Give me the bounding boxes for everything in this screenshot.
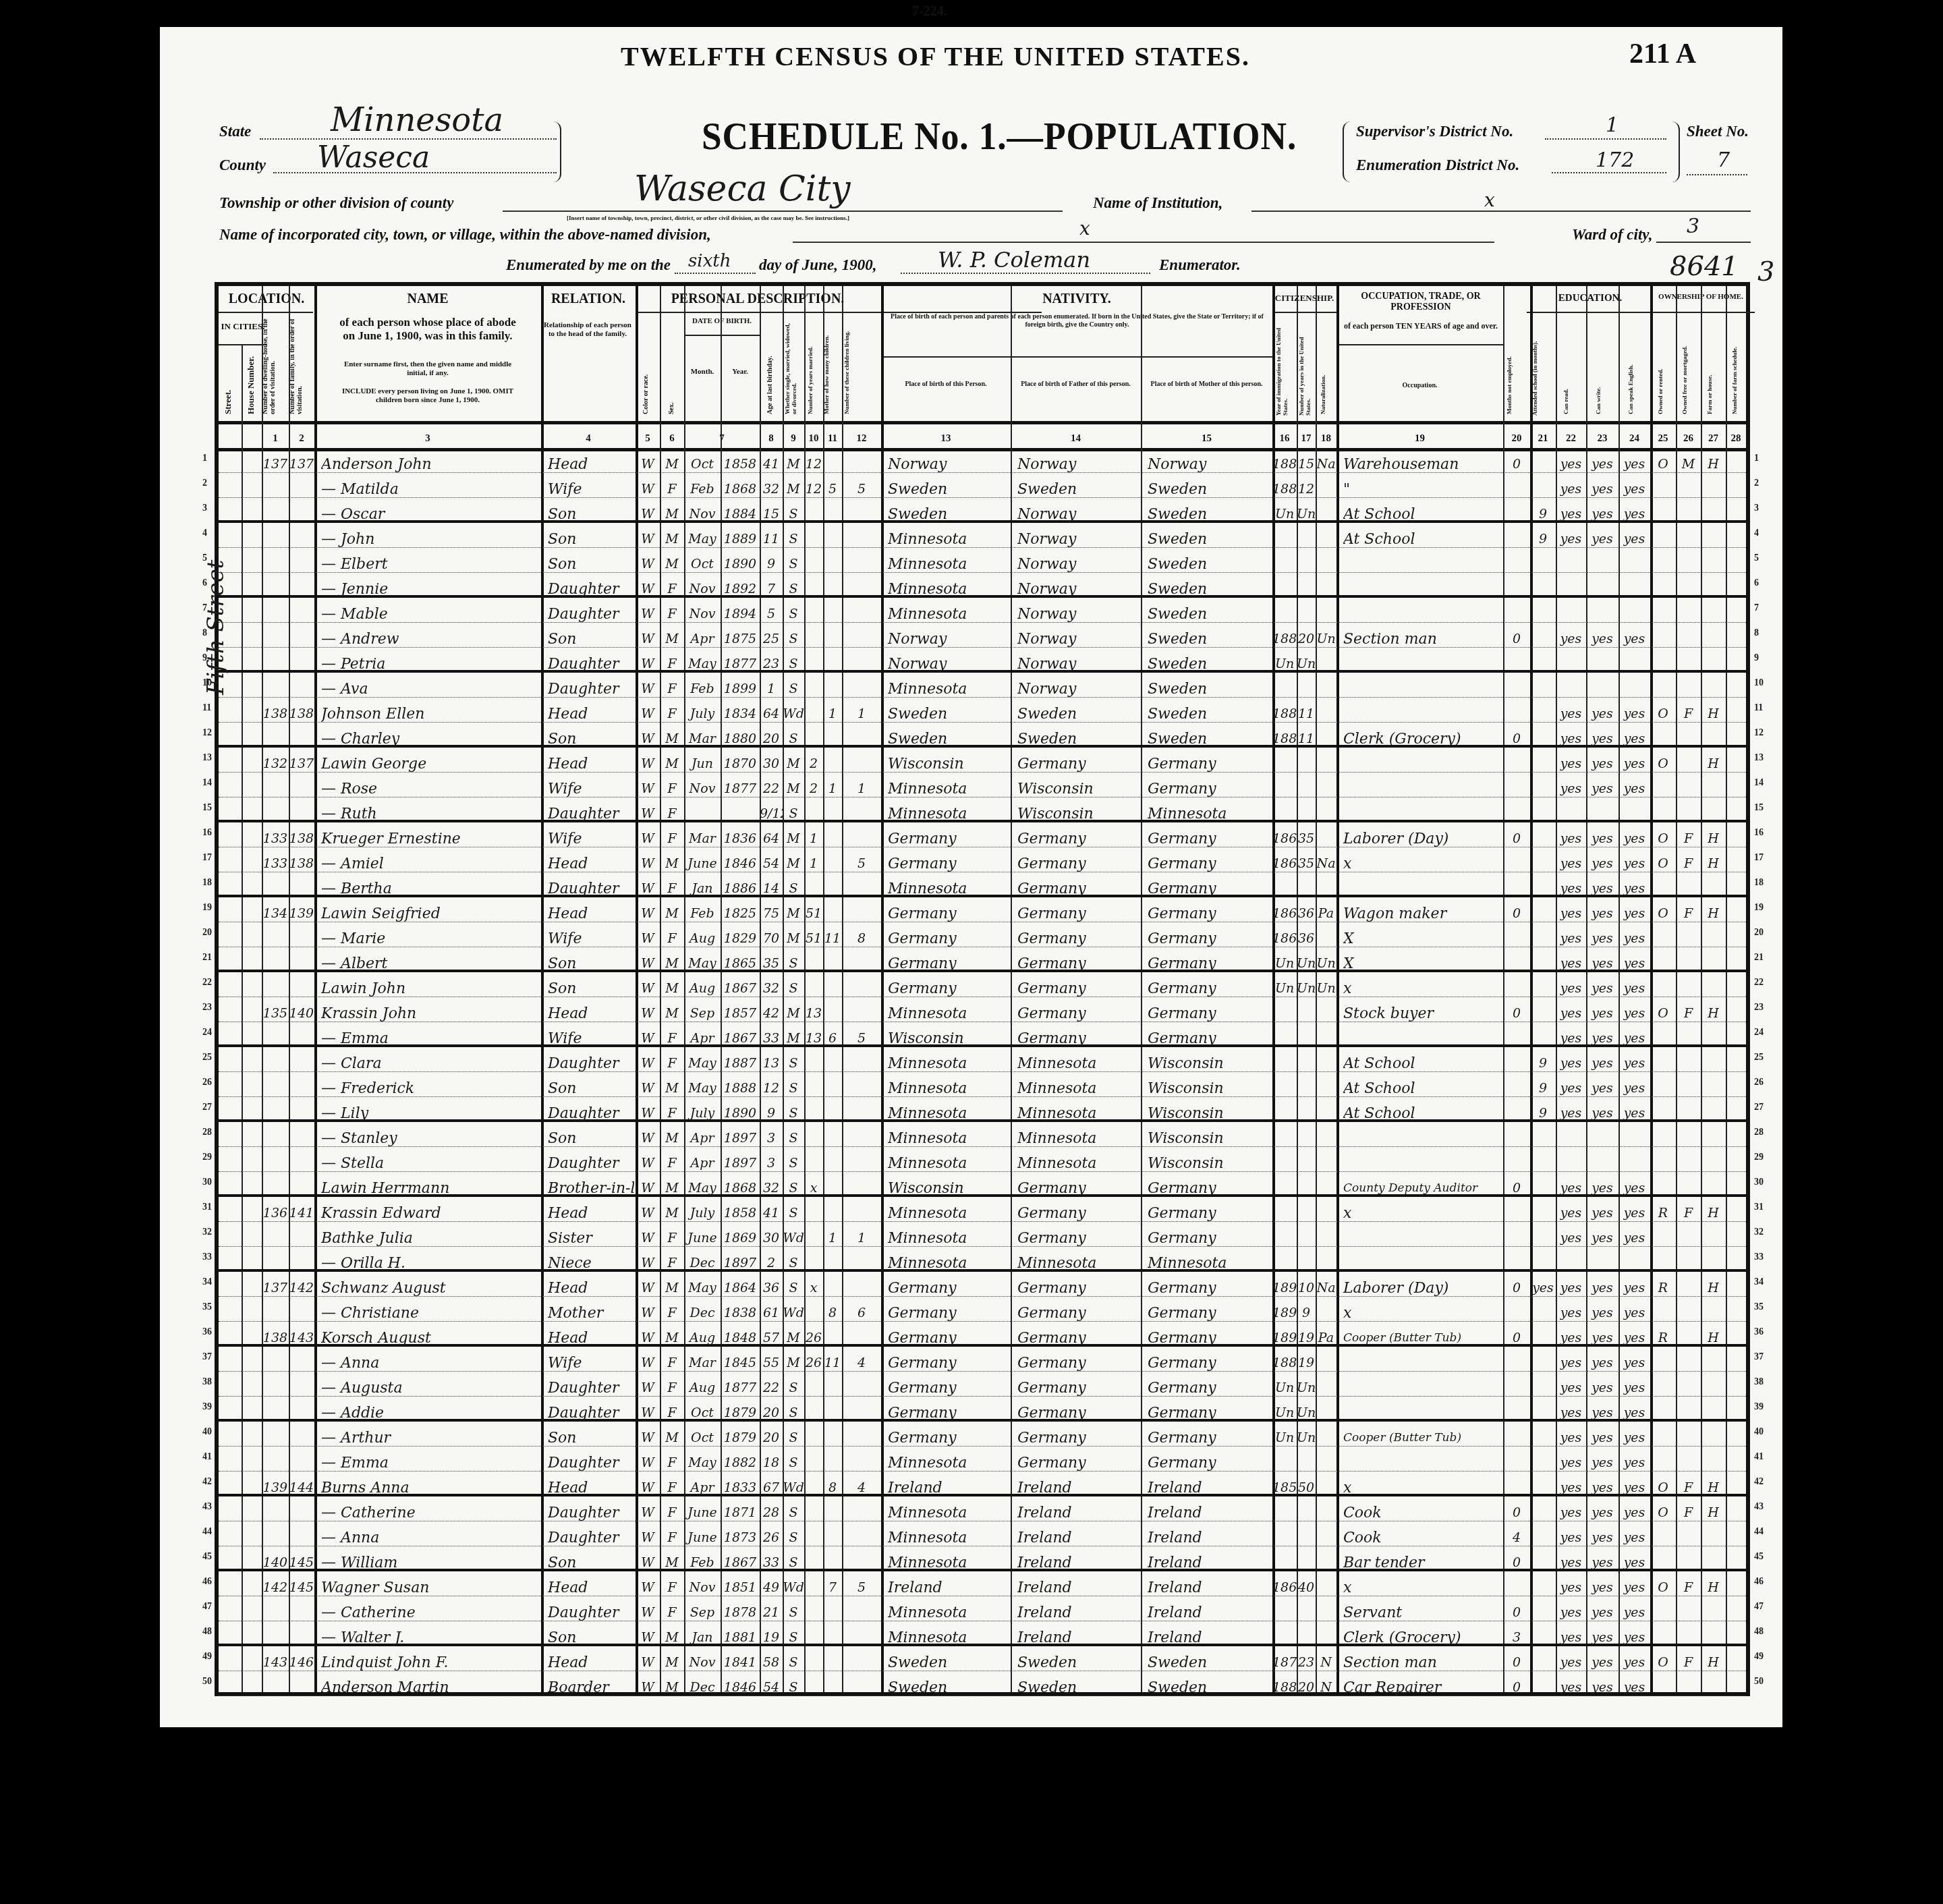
table-row: 134139Lawin SeigfriedHeadWMFeb182575M51G… (219, 900, 1746, 925)
cell-mo (823, 1627, 842, 1649)
cell-cl (842, 1077, 881, 1100)
cell-year: 1868 (721, 478, 760, 501)
cell-name: — Ava (321, 678, 540, 700)
cell-dw: 135 (262, 1003, 289, 1025)
state-label: State (219, 123, 251, 140)
cell-name: — Jennie (321, 578, 540, 600)
cell-occ: Cook (1343, 1527, 1502, 1549)
cell-rel: Daughter (548, 1502, 634, 1524)
cell-wr: yes (1586, 1402, 1618, 1424)
cell-yus (1297, 1527, 1316, 1549)
cell-fh (1701, 1102, 1726, 1125)
cell-occ: Section man (1343, 628, 1502, 650)
cell-month: Nov (684, 578, 721, 600)
line-number: 13 (202, 753, 212, 764)
cell-rd: yes (1556, 628, 1586, 650)
cell-rel: Wife (548, 1028, 634, 1050)
cell-year: 1879 (721, 1427, 760, 1449)
column-number: 24 (1618, 433, 1650, 445)
cell-bf: Wisconsin (1017, 778, 1139, 800)
cell-imm: 1891 (1272, 1302, 1297, 1324)
header-relation-desc: Relationship of each person to the head … (544, 321, 631, 339)
cell-ym (804, 628, 823, 650)
cell-age: 30 (760, 753, 783, 775)
cell-rd (1556, 1252, 1586, 1275)
cell-sex: F (660, 1377, 684, 1399)
cell-mar: Wd (783, 1477, 804, 1499)
cell-sex: F (660, 1227, 684, 1250)
cell-fh (1701, 1152, 1726, 1175)
cell-own (1650, 1302, 1676, 1324)
cell-cl (842, 653, 881, 675)
cell-name: Krassin John (321, 1003, 540, 1025)
cell-month: Apr (684, 628, 721, 650)
cell-dw (262, 803, 289, 825)
cell-en: yes (1618, 928, 1650, 950)
cell-fam (289, 478, 314, 501)
cell-mort: F (1676, 1652, 1701, 1674)
cell-bf: Norway (1017, 578, 1139, 600)
cell-rd: yes (1556, 1177, 1586, 1200)
cell-year: 1882 (721, 1452, 760, 1474)
cell-fh (1701, 503, 1726, 526)
table-row: 142145Wagner SusanHeadWFNov185149Wd75Ire… (219, 1574, 1746, 1599)
cell-unemp (1503, 653, 1530, 675)
cell-yus: 19 (1297, 1352, 1316, 1374)
cell-ym (804, 678, 823, 700)
header-year: Year. (721, 367, 760, 377)
cell-bp: Sweden (888, 1652, 1009, 1674)
cell-bf: Sweden (1017, 1677, 1139, 1699)
cell-imm: 1880 (1272, 628, 1297, 650)
cell-fh (1701, 803, 1726, 825)
cell-unemp (1503, 753, 1530, 775)
table-row: — JohnSonWMMay188911SMinnesotaNorwaySwed… (219, 526, 1746, 551)
cell-sex: F (660, 828, 684, 850)
cell-own: O (1650, 753, 1676, 775)
cell-mort (1676, 1552, 1701, 1574)
cell-nat (1316, 1352, 1336, 1374)
cell-wr: yes (1586, 1377, 1618, 1399)
cell-en (1618, 1127, 1650, 1150)
cell-fh (1701, 1552, 1726, 1574)
cell-en: yes (1618, 453, 1650, 476)
cell-fh (1701, 1127, 1726, 1150)
cell-mar: S (783, 1277, 804, 1299)
header-months-not-employed: Months not employed. (1506, 354, 1526, 414)
cell-rd (1556, 653, 1586, 675)
cell-bp: Minnesota (888, 803, 1009, 825)
cell-wr: yes (1586, 928, 1618, 950)
cell-en: yes (1618, 728, 1650, 750)
cell-ym (804, 578, 823, 600)
cell-occ: Section man (1343, 1652, 1502, 1674)
cell-imm (1272, 678, 1297, 700)
line-number: 34 (202, 1277, 212, 1288)
line-number: 23 (202, 1003, 212, 1013)
cell-name: — William (321, 1552, 540, 1574)
cell-year (721, 803, 760, 825)
cell-nat: Na (1316, 1277, 1336, 1299)
cell-bm: Ireland (1148, 1552, 1271, 1574)
cell-ym (804, 1477, 823, 1499)
cell-imm (1272, 1602, 1297, 1624)
cell-mo (823, 1202, 842, 1225)
cell-own: R (1650, 1202, 1676, 1225)
cell-rd: yes (1556, 1377, 1586, 1399)
cell-sch (1530, 1177, 1556, 1200)
cell-en: yes (1618, 903, 1650, 925)
cell-color: W (636, 653, 660, 675)
cell-mar: S (783, 1077, 804, 1100)
cell-rd: yes (1556, 1602, 1586, 1624)
cell-sch (1530, 453, 1556, 476)
table-row: Lawin JohnSonWMAug186732SGermanyGermanyG… (219, 975, 1746, 1000)
cell-name: — Catherine (321, 1502, 540, 1524)
cell-unemp: 0 (1503, 1652, 1530, 1674)
cell-fh (1701, 1227, 1726, 1250)
cell-sch (1530, 1502, 1556, 1524)
header-sex: Sex. (668, 394, 675, 414)
cell-yus (1297, 878, 1316, 900)
cell-color: W (636, 603, 660, 625)
cell-cl (842, 1277, 881, 1299)
cell-dw (262, 678, 289, 700)
line-number: 18 (202, 878, 212, 889)
cell-rd: yes (1556, 778, 1586, 800)
cell-fam (289, 1127, 314, 1150)
cell-imm: 1880 (1272, 1677, 1297, 1699)
cell-wr: yes (1586, 853, 1618, 875)
cell-rel: Daughter (548, 1102, 634, 1125)
cell-imm: 1889 (1272, 728, 1297, 750)
column-number: 25 (1650, 433, 1676, 445)
cell-mo (823, 1677, 842, 1699)
cell-sch (1530, 478, 1556, 501)
cell-yus (1297, 1127, 1316, 1150)
cell-color: W (636, 1102, 660, 1125)
cell-month: Nov (684, 1652, 721, 1674)
cell-imm: 1850 (1272, 1477, 1297, 1499)
line-number: 1 (1754, 453, 1759, 464)
cell-unemp: 0 (1503, 1502, 1530, 1524)
header-naturalization: Naturalization. (1320, 333, 1326, 414)
cell-color: W (636, 853, 660, 875)
cell-occ (1343, 1227, 1502, 1250)
cell-month: June (684, 1502, 721, 1524)
cell-mort (1676, 1527, 1701, 1549)
line-number: 9 (1754, 653, 1759, 664)
cell-unemp (1503, 1252, 1530, 1275)
header-name: NAME (314, 291, 541, 307)
township-label: Township or other division of county (219, 194, 453, 212)
cell-own (1650, 503, 1676, 526)
cell-rd: yes (1556, 703, 1586, 725)
cell-sch (1530, 553, 1556, 576)
cell-color: W (636, 1477, 660, 1499)
cell-rd (1556, 578, 1586, 600)
cell-rel: Son (548, 1627, 634, 1649)
column-number: 1 (262, 433, 289, 445)
cell-wr: yes (1586, 1427, 1618, 1449)
header-occupation-col: Occupation. (1336, 381, 1503, 391)
cell-sch (1530, 1028, 1556, 1050)
line-number: 8 (202, 628, 207, 639)
line-number: 38 (202, 1377, 212, 1388)
table-row: — ElbertSonWMOct18909SMinnesotaNorwaySwe… (219, 551, 1746, 576)
cell-yus: 36 (1297, 903, 1316, 925)
cell-dw (262, 878, 289, 900)
cell-sex: M (660, 1277, 684, 1299)
cell-dw (262, 1452, 289, 1474)
cell-year: 1836 (721, 828, 760, 850)
cell-name: Anderson Martin (321, 1677, 540, 1699)
cell-mar: S (783, 1527, 804, 1549)
cell-mort: F (1676, 1202, 1701, 1225)
cell-rd: yes (1556, 503, 1586, 526)
cell-cl (842, 503, 881, 526)
cell-own (1650, 1402, 1676, 1424)
cell-sch (1530, 753, 1556, 775)
cell-bm: Germany (1148, 1427, 1271, 1449)
cell-own: O (1650, 1652, 1676, 1674)
cell-bp: Minnesota (888, 1053, 1009, 1075)
cell-sex: F (660, 1602, 684, 1624)
cell-nat (1316, 1202, 1336, 1225)
cell-bf: Germany (1017, 1377, 1139, 1399)
table-row: 140145— WilliamSonWMFeb186733SMinnesotaI… (219, 1549, 1746, 1574)
cell-wr: yes (1586, 1028, 1618, 1050)
cell-bf: Sweden (1017, 1652, 1139, 1674)
cell-rd: yes (1556, 1577, 1586, 1599)
cell-bf: Germany (1017, 928, 1139, 950)
cell-unemp (1503, 1053, 1530, 1075)
cell-imm: 1885 (1272, 453, 1297, 476)
cell-mar: S (783, 803, 804, 825)
header-family: Number of family, in the order of visita… (289, 317, 312, 414)
line-number: 29 (202, 1152, 212, 1163)
cell-unemp (1503, 1127, 1530, 1150)
cell-sch (1530, 1152, 1556, 1175)
header-immigration-year: Year of immigration to the United States… (1275, 318, 1294, 416)
cell-wr: yes (1586, 453, 1618, 476)
cell-rel: Daughter (548, 678, 634, 700)
line-number: 44 (1754, 1527, 1764, 1538)
cell-fh (1701, 778, 1726, 800)
cell-color: W (636, 778, 660, 800)
cell-mar: M (783, 778, 804, 800)
cell-bm: Germany (1148, 953, 1271, 975)
cell-nat (1316, 1302, 1336, 1324)
cell-rel: Head (548, 753, 634, 775)
column-number: 13 (881, 433, 1011, 445)
table-row: 135140Krassin JohnHeadWMSep185742M13Minn… (219, 1000, 1746, 1025)
cell-bm: Germany (1148, 1028, 1271, 1050)
cell-yus: Un (1297, 653, 1316, 675)
cell-sch (1530, 653, 1556, 675)
line-number: 12 (1754, 728, 1764, 739)
cell-name: Bathke Julia (321, 1227, 540, 1250)
line-number: 23 (1754, 1003, 1764, 1013)
cell-en: yes (1618, 1277, 1650, 1299)
cell-sex: F (660, 1252, 684, 1275)
cell-mort (1676, 1452, 1701, 1474)
cell-fh: H (1701, 1477, 1726, 1499)
cell-fh: H (1701, 1277, 1726, 1299)
cell-wr: yes (1586, 978, 1618, 1000)
cell-own: O (1650, 453, 1676, 476)
column-number: 19 (1336, 433, 1503, 445)
cell-bp: Germany (888, 928, 1009, 950)
cell-rel: Head (548, 1277, 634, 1299)
cell-occ: x (1343, 1477, 1502, 1499)
cell-rd: yes (1556, 1227, 1586, 1250)
cell-dw (262, 1053, 289, 1075)
cell-sex: M (660, 1003, 684, 1025)
cell-name: — Anna (321, 1352, 540, 1374)
cell-unemp (1503, 478, 1530, 501)
cell-imm: Un (1272, 1427, 1297, 1449)
cell-en: yes (1618, 753, 1650, 775)
cell-cl (842, 878, 881, 900)
cell-name: Korsch August (321, 1327, 540, 1349)
cell-yus (1297, 678, 1316, 700)
cell-unemp (1503, 678, 1530, 700)
line-number: 35 (202, 1302, 212, 1313)
cell-fh (1701, 1677, 1726, 1699)
cell-rel: Daughter (548, 1402, 634, 1424)
cell-bf: Minnesota (1017, 1152, 1139, 1175)
cell-name: — Andrew (321, 628, 540, 650)
cell-own (1650, 928, 1676, 950)
cell-occ: Clerk (Grocery) (1343, 728, 1502, 750)
cell-unemp (1503, 978, 1530, 1000)
cell-occ: Cooper (Butter Tub) (1343, 1427, 1502, 1449)
cell-own: O (1650, 1477, 1676, 1499)
cell-color: W (636, 1252, 660, 1275)
table-row: — Walter J.SonWMJan188119SMinnesotaIrela… (219, 1624, 1746, 1649)
cell-name: — Catherine (321, 1602, 540, 1624)
cell-month: Feb (684, 678, 721, 700)
cell-ym (804, 1602, 823, 1624)
cell-yus: 11 (1297, 728, 1316, 750)
cell-fh: H (1701, 828, 1726, 850)
cell-imm: 1891 (1272, 1327, 1297, 1349)
cell-mort (1676, 803, 1701, 825)
cell-fh: H (1701, 703, 1726, 725)
header-citizenship: CITIZENSHIP. (1272, 293, 1336, 304)
cell-bf: Ireland (1017, 1527, 1139, 1549)
cell-cl (842, 1402, 881, 1424)
table-row: — MarieWifeWFAug182970M51118GermanyGerma… (219, 925, 1746, 950)
cell-bp: Ireland (888, 1577, 1009, 1599)
column-number: 12 (842, 433, 881, 445)
cell-mort (1676, 678, 1701, 700)
cell-ym: 26 (804, 1352, 823, 1374)
cell-mo (823, 453, 842, 476)
cell-imm: Un (1272, 978, 1297, 1000)
cell-month: Oct (684, 453, 721, 476)
cell-rel: Son (548, 628, 634, 650)
column-number: 16 (1272, 433, 1297, 445)
cell-mort (1676, 878, 1701, 900)
cell-wr: yes (1586, 753, 1618, 775)
cell-age: 54 (760, 1677, 783, 1699)
cell-year: 1869 (721, 1227, 760, 1250)
cell-nat (1316, 678, 1336, 700)
cell-sch (1530, 1327, 1556, 1349)
cell-mort (1676, 1177, 1701, 1200)
line-number: 1 (202, 453, 207, 464)
cell-occ: Bar tender (1343, 1552, 1502, 1574)
line-number: 2 (1754, 478, 1759, 489)
cell-unemp (1503, 1577, 1530, 1599)
cell-bp: Minnesota (888, 1102, 1009, 1125)
cell-bp: Minnesota (888, 1627, 1009, 1649)
cell-wr: yes (1586, 1677, 1618, 1699)
line-number: 35 (1754, 1302, 1764, 1313)
cell-rel: Boarder (548, 1677, 634, 1699)
cell-month: Aug (684, 1327, 721, 1349)
cell-month: May (684, 1177, 721, 1200)
cell-mo (823, 953, 842, 975)
census-title: TWELFTH CENSUS OF THE UNITED STATES. (621, 40, 1250, 72)
cell-color: W (636, 1452, 660, 1474)
line-number: 4 (202, 528, 207, 539)
cell-own (1650, 1252, 1676, 1275)
cell-mo (823, 1452, 842, 1474)
cell-sch (1530, 803, 1556, 825)
cell-dw (262, 1402, 289, 1424)
cell-name: — Augusta (321, 1377, 540, 1399)
table-row: — CatherineDaughterWFJune187128SMinnesot… (219, 1499, 1746, 1524)
cell-bf: Germany (1017, 828, 1139, 850)
cell-sch (1530, 1252, 1556, 1275)
cell-rel: Wife (548, 828, 634, 850)
cell-year: 1889 (721, 528, 760, 551)
cell-bp: Minnesota (888, 1502, 1009, 1524)
cell-mo: 1 (823, 703, 842, 725)
table-row: — AndrewSonWMApr187525SNorwayNorwaySwede… (219, 625, 1746, 650)
cell-mar: Wd (783, 1577, 804, 1599)
cell-name: — Anna (321, 1527, 540, 1549)
cell-age: 32 (760, 978, 783, 1000)
cell-cl: 4 (842, 1477, 881, 1499)
cell-name: — Rose (321, 778, 540, 800)
cell-color: W (636, 1277, 660, 1299)
line-number: 15 (202, 803, 212, 814)
cell-cl: 4 (842, 1352, 881, 1374)
cell-age: 13 (760, 1053, 783, 1075)
cell-occ: At School (1343, 503, 1502, 526)
cell-bp: Germany (888, 1277, 1009, 1299)
line-number: 39 (202, 1402, 212, 1413)
cell-fam: 137 (289, 753, 314, 775)
cell-unemp (1503, 1202, 1530, 1225)
cell-bf: Norway (1017, 628, 1139, 650)
cell-color: W (636, 978, 660, 1000)
brace (553, 121, 561, 182)
cell-sch (1530, 1602, 1556, 1624)
cell-fh: H (1701, 903, 1726, 925)
cell-color: W (636, 1003, 660, 1025)
cell-name: — Matilda (321, 478, 540, 501)
cell-nat: Pa (1316, 903, 1336, 925)
cell-cl (842, 903, 881, 925)
line-number: 47 (1754, 1602, 1764, 1613)
cell-ym (804, 1053, 823, 1075)
cell-occ: Laborer (Day) (1343, 828, 1502, 850)
